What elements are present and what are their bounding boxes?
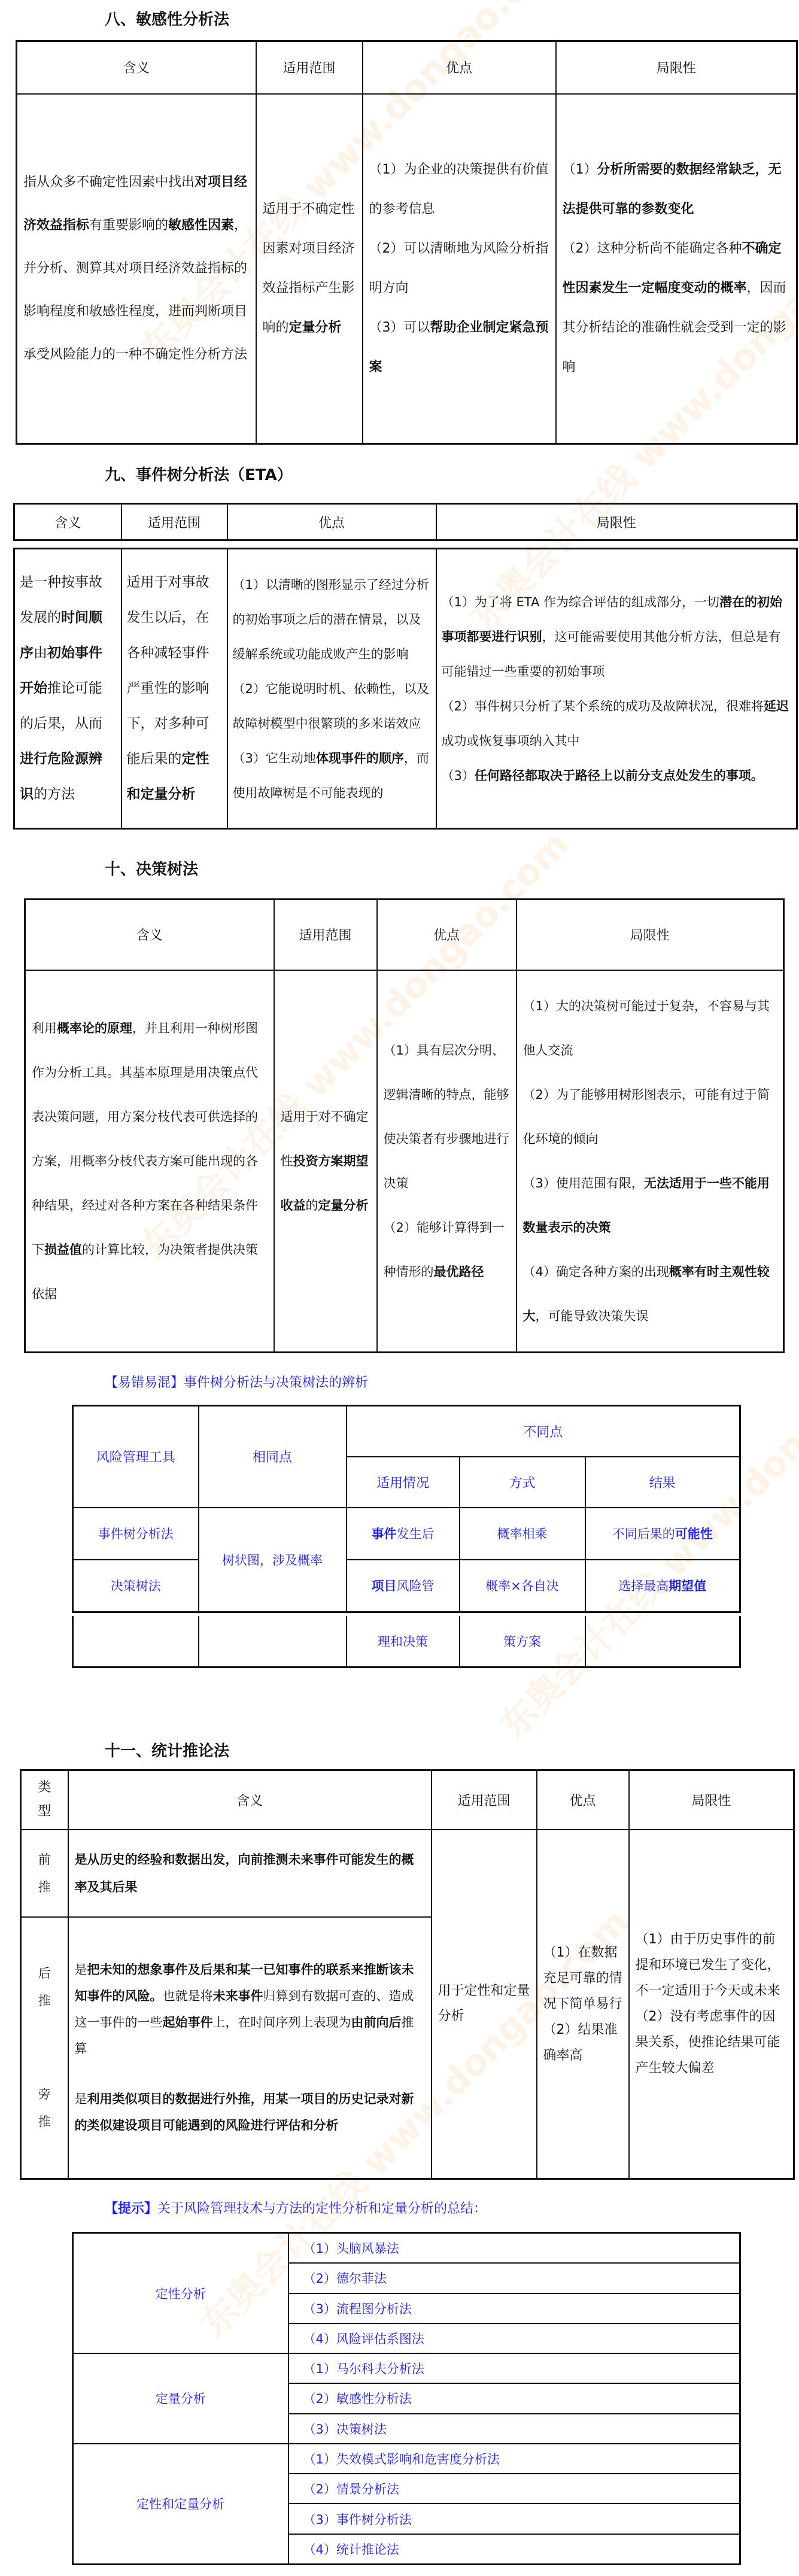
meaning-backward-side: 是把未知的想象事件及后果和某一已知事件的联系来推断该未知事件的风险。也就是将未来… xyxy=(68,1917,432,2179)
header-type: 类型 xyxy=(21,1770,68,1830)
group-both: 定性和定量分析 xyxy=(73,2444,288,2565)
header-meaning: 含义 xyxy=(17,41,256,94)
header-result: 结果 xyxy=(585,1457,740,1508)
tool-eta: 事件树分析法 xyxy=(73,1508,199,1560)
scope-cell: 适用于不确定性因素对项目经济效益指标产生影响的定量分析 xyxy=(256,94,363,444)
header-case: 适用情况 xyxy=(347,1457,460,1508)
scope-cell: 适用于对事故发生以后，在各种减轻事件严重性的影响下，对多种可能后果的定性和定量分… xyxy=(121,549,227,829)
meaning-cell: 利用概率论的原理，并且利用一种树形图作为分析工具。其基本原理是用决策点代表决策问… xyxy=(25,970,274,1353)
decision-tree-table: 含义 适用范围 优点 局限性 利用概率论的原理，并且利用一种树形图作为分析工具。… xyxy=(24,898,785,1353)
section-title-eta: 九、事件树分析法（ETA） xyxy=(105,463,293,485)
header-diff: 不同点 xyxy=(347,1406,740,1457)
cons-cell: （1）为了将 ETA 作为综合评估的组成部分，一切潜在的初始事项都要进行识别，这… xyxy=(436,549,797,829)
group-qualitative: 定性分析 xyxy=(73,2233,288,2354)
header-cons: 局限性 xyxy=(556,41,797,94)
case-dt: 项目风险管 xyxy=(347,1560,460,1612)
same-cell: 树状图，涉及概率 xyxy=(199,1508,347,1612)
header-pros: 优点 xyxy=(377,900,517,970)
empty-cell xyxy=(585,1616,740,1667)
method-item: （3）决策树法 xyxy=(288,2414,740,2444)
section-title-statistical-inference: 十一、统计推论法 xyxy=(105,1739,229,1761)
sensitivity-table: 含义 适用范围 优点 局限性 指从众多不确定性因素中找出对项目经济效益指标有重要… xyxy=(16,40,798,445)
eta-table-header: 含义 适用范围 优点 局限性 xyxy=(13,503,798,541)
method-item: （2）敏感性分析法 xyxy=(288,2383,740,2413)
header-cons: 局限性 xyxy=(629,1770,794,1830)
summary-table: 定性分析 （1）头脑风暴法 （2）德尔菲法 （3）流程图分析法 （4）风险评估系… xyxy=(72,2232,741,2565)
method-item: （1）马尔科夫分析法 xyxy=(288,2353,740,2383)
result-dt: 选择最高期望值 xyxy=(585,1560,740,1612)
empty-cell xyxy=(199,1616,347,1667)
header-meaning: 含义 xyxy=(68,1770,432,1830)
header-scope: 适用范围 xyxy=(274,900,377,970)
header-cons: 局限性 xyxy=(517,900,784,970)
cons-cell: （1）分析所需要的数据经常缺乏，无法提供可靠的参数变化 （2）这种分析尚不能确定… xyxy=(556,94,797,444)
header-scope: 适用范围 xyxy=(432,1770,537,1830)
pros-cell: （1）以清晰的图形显示了经过分析的初始事项之后的潜在情景，以及缓解系统或功能成败… xyxy=(227,549,436,829)
empty-cell xyxy=(73,1616,199,1667)
eta-table: 是一种按事故发展的时间顺序由初始事件开始推论可能的后果，从而进行危险源辨识的方法… xyxy=(13,548,798,830)
type-forward: 前推 xyxy=(21,1830,68,1917)
method-item: （1）头脑风暴法 xyxy=(288,2233,740,2264)
header-meaning: 含义 xyxy=(25,900,274,970)
section-title-decision-tree: 十、决策树法 xyxy=(105,857,198,879)
compare-table: 风险管理工具 相同点 不同点 适用情况 方式 结果 事件树分析法 树状图，涉及概… xyxy=(72,1405,741,1613)
pros-cell: （1）具有层次分明、逻辑清晰的特点，能够使决策者有步骤地进行决策 （2）能够计算… xyxy=(377,970,517,1353)
pros-cell: （1）为企业的决策提供有价值的参考信息（2）可以清晰地为风险分析指明方向 （3）… xyxy=(363,94,556,444)
header-pros: 优点 xyxy=(227,504,436,540)
method-item: （2）德尔菲法 xyxy=(288,2263,740,2293)
summary-label: 【提示】关于风险管理技术与方法的定性分析和定量分析的总结： xyxy=(105,2198,487,2217)
type-backward-side: 后推 旁推 xyxy=(21,1917,68,2179)
header-scope: 适用范围 xyxy=(121,504,227,540)
header-same: 相同点 xyxy=(199,1406,347,1508)
header-way: 方式 xyxy=(460,1457,585,1508)
method-item: （1）失效模式影响和危害度分析法 xyxy=(288,2444,740,2474)
header-meaning: 含义 xyxy=(14,504,121,540)
header-scope: 适用范围 xyxy=(256,41,363,94)
section-title-sensitivity: 八、敏感性分析法 xyxy=(105,7,229,29)
result-eta: 不同后果的可能性 xyxy=(585,1508,740,1560)
way-dt: 概率×各自决 xyxy=(460,1560,585,1612)
method-item: （2）情景分析法 xyxy=(288,2474,740,2504)
tool-dt: 决策树法 xyxy=(73,1560,199,1612)
header-pros: 优点 xyxy=(537,1770,629,1830)
way-dt-continued: 策方案 xyxy=(460,1616,585,1667)
scope-cell: 适用于对不确定性投资方案期望收益的定量分析 xyxy=(274,970,377,1353)
meaning-forward: 是从历史的经验和数据出发，向前推测未来事件可能发生的概率及其后果 xyxy=(68,1830,432,1917)
group-quantitative: 定量分析 xyxy=(73,2353,288,2444)
meaning-cell: 指从众多不确定性因素中找出对项目经济效益指标有重要影响的敏感性因素，并分析、测算… xyxy=(17,94,256,444)
compare-label: 【易错易混】事件树分析法与决策树法的辨析 xyxy=(105,1372,368,1391)
method-item: （3）事件树分析法 xyxy=(288,2504,740,2534)
header-cons: 局限性 xyxy=(436,504,797,540)
scope-cell: 用于定性和定量分析 xyxy=(432,1830,537,2179)
meaning-cell: 是一种按事故发展的时间顺序由初始事件开始推论可能的后果，从而进行危险源辨识的方法 xyxy=(14,549,121,829)
cons-cell: （1）由于历史事件的前提和环境已发生了变化，不一定适用于今天或未来 （2）没有考… xyxy=(629,1830,794,2179)
header-pros: 优点 xyxy=(363,41,556,94)
statistical-inference-table: 类型 含义 适用范围 优点 局限性 前推 是从历史的经验和数据出发，向前推测未来… xyxy=(20,1769,795,2180)
cons-cell: （1）大的决策树可能过于复杂，不容易与其他人交流 （2）为了能够用树形图表示，可… xyxy=(517,970,784,1353)
case-eta: 事件发生后 xyxy=(347,1508,460,1560)
header-tool: 风险管理工具 xyxy=(73,1406,199,1508)
method-item: （4）统计推论法 xyxy=(288,2534,740,2565)
way-eta: 概率相乘 xyxy=(460,1508,585,1560)
compare-table-continued: 理和决策 策方案 xyxy=(72,1616,741,1668)
case-dt-continued: 理和决策 xyxy=(347,1616,460,1667)
pros-cell: （1）在数据充足可靠的情况下简单易行 （2）结果准确率高 xyxy=(537,1830,629,2179)
method-item: （3）流程图分析法 xyxy=(288,2294,740,2323)
method-item: （4）风险评估系图法 xyxy=(288,2323,740,2353)
